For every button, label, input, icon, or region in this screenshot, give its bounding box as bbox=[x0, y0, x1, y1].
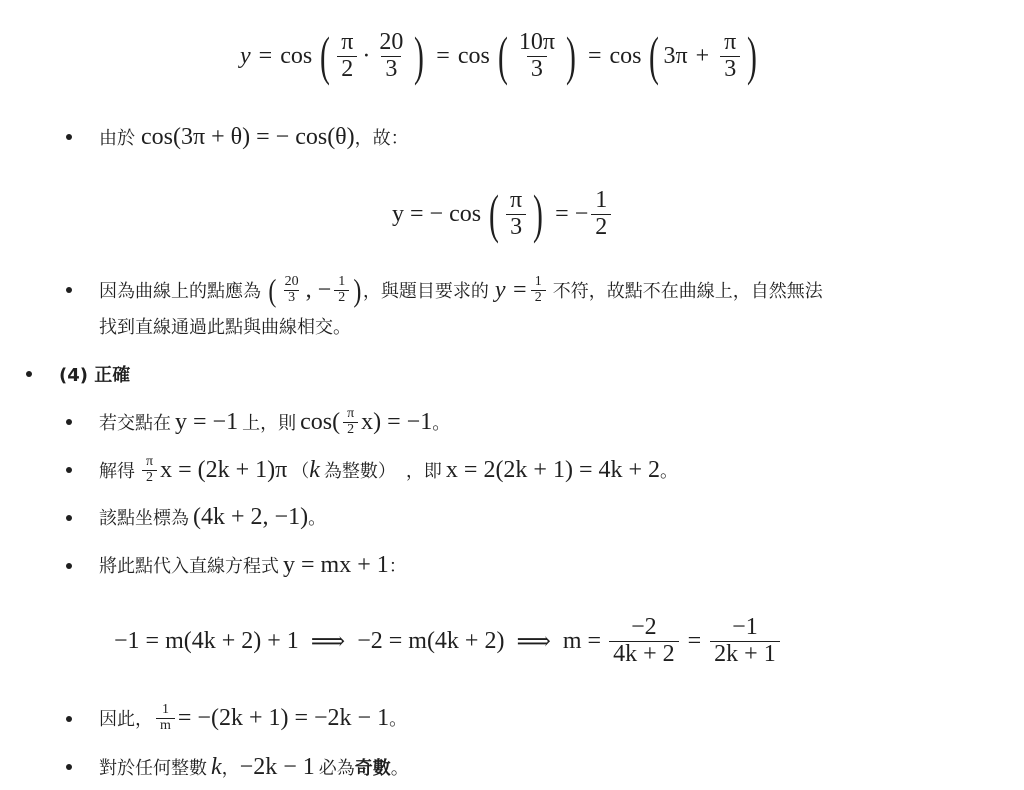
fraction-pi-over-3: π3 bbox=[720, 30, 740, 81]
fraction-1-over-2: 12 bbox=[334, 275, 349, 305]
list-item-identity: 由於 cos(3π + θ) = − cos(θ) ，故： bbox=[99, 120, 409, 154]
list-item-solve: 解得 π2 x = (2k + 1)π （ k 為整數） ，即 x = 2(2k… bbox=[99, 452, 678, 488]
list-item-coordinates: 該點坐標為 (4k + 2, −1) 。 bbox=[99, 500, 326, 534]
bullet-icon bbox=[66, 515, 72, 521]
equation-cos-reduction: y = cos ( π2 · 203 ) = cos ( 10π3 ) = co… bbox=[240, 18, 761, 94]
bullet-icon bbox=[66, 563, 72, 569]
left-paren: ( bbox=[650, 29, 660, 83]
equation-neg-cos: y = − cos ( π3 ) = − 12 bbox=[392, 183, 614, 245]
list-item-reciprocal: 因此， 1m = −(2k + 1) = −2k − 1 。 bbox=[99, 700, 407, 736]
fraction-neg1-over-2k-plus-1: −12k + 1 bbox=[710, 615, 780, 666]
var-y: y bbox=[240, 43, 251, 70]
fraction-20-over-3: 203 bbox=[375, 30, 407, 81]
section-heading-4-correct: (4) 正確 bbox=[59, 360, 130, 388]
fraction-1-over-m: 1m bbox=[156, 703, 175, 733]
equals: = bbox=[259, 43, 273, 70]
list-item-substitute: 將此點代入直線方程式 y = mx + 1 ： bbox=[99, 548, 407, 582]
bullet-icon bbox=[66, 134, 72, 140]
right-paren: ) bbox=[414, 29, 424, 83]
bullet-icon bbox=[66, 764, 72, 770]
fraction-10pi-over-3: 10π3 bbox=[515, 30, 559, 81]
fraction-neg2-over-4k-plus-2: −24k + 2 bbox=[609, 615, 679, 666]
fraction-pi-over-2: π2 bbox=[337, 30, 357, 81]
bullet-icon bbox=[66, 467, 72, 473]
fraction-20-over-3: 203 bbox=[281, 275, 303, 305]
bullet-icon bbox=[66, 716, 72, 722]
cos-func: cos bbox=[280, 43, 312, 70]
fraction-pi-over-2: π2 bbox=[142, 455, 157, 485]
list-item-odd-conclusion: 對於任何整數 k ， −2k − 1 必為 奇數 。 bbox=[99, 750, 409, 784]
equation-solve-m: −1 = m(4k + 2) + 1 ⟹ −2 = m(4k + 2) ⟹ m … bbox=[114, 608, 783, 674]
fraction-pi-over-3: π3 bbox=[506, 188, 526, 239]
bullet-icon bbox=[26, 371, 32, 377]
right-paren: ) bbox=[747, 29, 757, 83]
fraction-1-over-2: 12 bbox=[591, 188, 611, 239]
bullet-icon bbox=[66, 287, 72, 293]
bullet-icon bbox=[66, 419, 72, 425]
right-paren: ) bbox=[566, 29, 576, 83]
list-item-point-check-line2: 找到直線通過此點與曲線相交。 bbox=[99, 312, 351, 340]
fraction-1-over-2: 12 bbox=[531, 275, 546, 305]
list-item-intersection: 若交點在 y = −1 上，則 cos( π2 x) = −1 。 bbox=[99, 404, 450, 440]
left-paren: ( bbox=[320, 29, 330, 83]
list-item-point-check: 因為曲線上的點應為 ( 203 , − 12 ) ，與題目要求的 y = 12 … bbox=[99, 272, 823, 308]
fraction-pi-over-2: π2 bbox=[343, 407, 358, 437]
left-paren: ( bbox=[498, 29, 508, 83]
